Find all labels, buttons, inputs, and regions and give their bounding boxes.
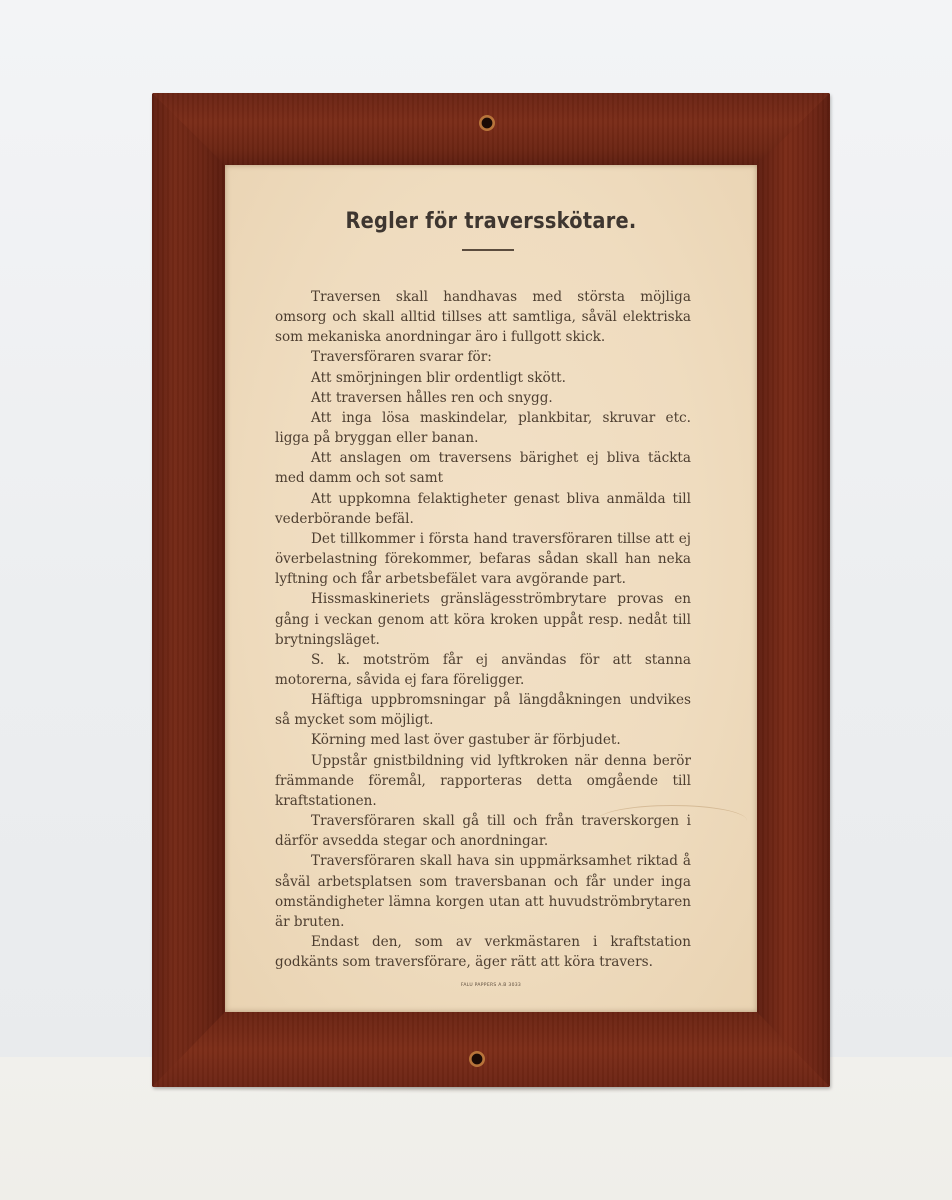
title-divider (462, 249, 514, 251)
notice-paragraph: S. k. motström får ej användas för att s… (275, 650, 691, 690)
frame-rail-bottom (152, 1012, 830, 1087)
frame-rail-right (757, 93, 830, 1087)
notice-paragraph: Det tillkommer i första hand traversföra… (275, 529, 691, 589)
notice-paragraph: Uppstår gnistbildning vid lyftkroken när… (275, 751, 691, 811)
notice-paragraph: Att anslagen om traversens bärighet ej b… (275, 448, 691, 488)
notice-paragraph: Traversföraren skall hava sin uppmärksam… (275, 851, 691, 932)
hanging-hole-bottom-icon (469, 1051, 485, 1067)
notice-paragraph: Häftiga uppbromsningar på längdåkningen … (275, 690, 691, 730)
notice-paragraph: Körning med last över gastuber är förbju… (275, 730, 691, 750)
notice-paragraph: Endast den, som av verkmästaren i krafts… (275, 932, 691, 972)
notice-paragraph: Att traversen hålles ren och snygg. (275, 388, 691, 408)
frame-rail-left (152, 93, 225, 1087)
notice-title: Regler för traversskötare. (257, 209, 725, 234)
notice-body: Traversen skall handhavas med största mö… (275, 287, 691, 972)
printer-imprint: FALU PAPPERS A.B 3033 (225, 983, 757, 988)
notice-paragraph: Att uppkomna felaktigheter genast bliva … (275, 489, 691, 529)
notice-paragraph: Traversen skall handhavas med största mö… (275, 287, 691, 347)
notice-paragraph: Traversföraren svarar för: (275, 347, 691, 367)
water-stain (597, 805, 747, 836)
notice-paper: Regler för traversskötare. Traversen ska… (225, 165, 757, 1012)
notice-paragraph: Att smörjningen blir ordentligt skött. (275, 368, 691, 388)
hanging-hole-top-icon (479, 115, 495, 131)
notice-paragraph: Att inga lösa maskindelar, plankbitar, s… (275, 408, 691, 448)
notice-paragraph: Hissmaskineriets gränslägesströmbrytare … (275, 589, 691, 649)
wooden-frame: Regler för traversskötare. Traversen ska… (152, 93, 830, 1087)
